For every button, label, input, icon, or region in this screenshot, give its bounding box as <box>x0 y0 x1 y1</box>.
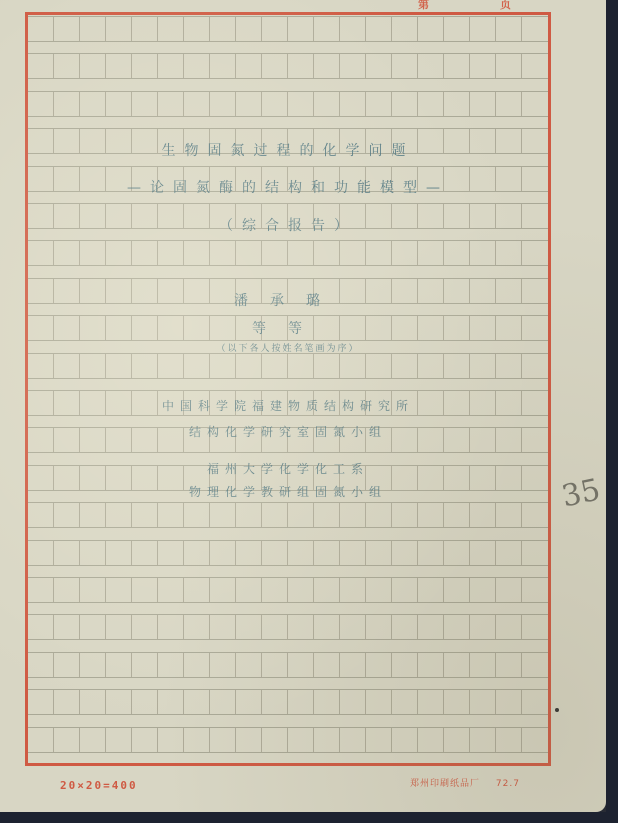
grid-cell <box>262 578 288 602</box>
grid-cell <box>444 354 470 378</box>
grid-cell <box>314 54 340 78</box>
grid-cell <box>132 17 158 41</box>
grid-cell <box>496 17 522 41</box>
grid-cell <box>340 54 366 78</box>
grid-cell <box>158 54 184 78</box>
grid-cell <box>106 615 132 639</box>
grid-cell <box>236 541 262 565</box>
grid-cell <box>340 92 366 116</box>
grid-cell <box>392 92 418 116</box>
grid-cell <box>288 92 314 116</box>
grid-cell <box>132 578 158 602</box>
grid-cell <box>522 17 548 41</box>
grid-cell <box>496 354 522 378</box>
grid-cell <box>54 54 80 78</box>
grid-cell <box>106 690 132 714</box>
grid-cell <box>28 728 54 752</box>
grid-cell <box>210 503 236 527</box>
grid-cell <box>262 241 288 265</box>
grid-cell <box>470 690 496 714</box>
page-label-di: 第 <box>418 0 429 12</box>
grid-row <box>28 240 548 266</box>
grid-cell <box>340 728 366 752</box>
grid-cell <box>236 17 262 41</box>
grid-cell <box>314 653 340 677</box>
grid-cell <box>444 503 470 527</box>
grid-cell <box>470 54 496 78</box>
grid-frame: 生物固氮过程的化学问题 —论固氮酶的结构和功能模型— （综合报告） 潘承璐 等等… <box>25 12 551 766</box>
grid-cell <box>236 503 262 527</box>
grid-cell <box>418 503 444 527</box>
grid-cell <box>340 17 366 41</box>
grid-cell <box>236 354 262 378</box>
grid-cell <box>418 354 444 378</box>
grid-cell <box>262 354 288 378</box>
grid-cell <box>236 54 262 78</box>
grid-cell <box>132 54 158 78</box>
grid-cell <box>366 17 392 41</box>
grid-cell <box>210 690 236 714</box>
grid-cell <box>288 354 314 378</box>
grid-cell <box>106 541 132 565</box>
grid-cell <box>28 690 54 714</box>
grid-cell <box>444 92 470 116</box>
grid-cell <box>80 503 106 527</box>
grid-cell <box>106 92 132 116</box>
grid-cell <box>418 690 444 714</box>
grid-cell <box>210 541 236 565</box>
grid-cell <box>314 541 340 565</box>
grid-cell <box>106 54 132 78</box>
grid-cell <box>28 241 54 265</box>
grid-cell <box>340 653 366 677</box>
grid-cell <box>210 578 236 602</box>
grid-row <box>28 614 548 640</box>
grid-cell <box>392 653 418 677</box>
grid-cell <box>54 653 80 677</box>
grid-cell <box>262 92 288 116</box>
grid-cell <box>236 728 262 752</box>
grid-cell <box>132 354 158 378</box>
pencil-annotation: 35 <box>559 472 604 514</box>
grid-cell <box>210 92 236 116</box>
grid-cell <box>184 17 210 41</box>
grid-cell <box>80 54 106 78</box>
grid-cell <box>444 54 470 78</box>
grid-cell <box>132 728 158 752</box>
grid-row <box>28 53 548 79</box>
grid-row <box>28 727 548 753</box>
grid-cell <box>262 690 288 714</box>
grid-cell <box>418 541 444 565</box>
page-label-ye: 页 <box>500 0 511 12</box>
grid-cell <box>392 541 418 565</box>
grid-cell <box>54 503 80 527</box>
grid-cell <box>184 615 210 639</box>
grid-cell <box>184 653 210 677</box>
grid-cell <box>28 653 54 677</box>
grid-cell <box>132 653 158 677</box>
grid-cell <box>496 728 522 752</box>
grid-cell <box>106 17 132 41</box>
grid-cell <box>314 690 340 714</box>
grid-cell <box>54 241 80 265</box>
grid-cell <box>262 728 288 752</box>
grid-cell <box>392 17 418 41</box>
grid-cell <box>522 54 548 78</box>
grid-cell <box>80 92 106 116</box>
grid-row <box>28 502 548 528</box>
grid-cell <box>314 17 340 41</box>
grid-cell <box>366 241 392 265</box>
grid-cell <box>496 615 522 639</box>
grid-cell <box>158 541 184 565</box>
grid-cell <box>132 690 158 714</box>
grid-cell <box>28 615 54 639</box>
grid-cell <box>444 241 470 265</box>
grid-cell <box>340 615 366 639</box>
grid-cell <box>80 354 106 378</box>
grid-cell <box>106 503 132 527</box>
grid-cell <box>184 54 210 78</box>
grid-cell <box>496 54 522 78</box>
grid-cell <box>340 503 366 527</box>
grid-cell <box>28 503 54 527</box>
grid-cell <box>418 241 444 265</box>
print-date: 72.7 <box>496 779 520 789</box>
grid-cell <box>132 503 158 527</box>
grid-cell <box>236 578 262 602</box>
grid-cell <box>392 354 418 378</box>
grid-cell <box>132 92 158 116</box>
grid-cell <box>28 541 54 565</box>
grid-cell <box>522 653 548 677</box>
grid-cell <box>54 92 80 116</box>
affiliation-line-2b: 物理化学教研组固氮小组 <box>28 483 548 500</box>
grid-cell <box>262 54 288 78</box>
grid-cell <box>496 92 522 116</box>
grid-cell <box>496 541 522 565</box>
grid-cell <box>106 578 132 602</box>
title-line: 生物固氮过程的化学问题 <box>28 140 548 160</box>
grid-cell <box>54 728 80 752</box>
grid-cell <box>80 578 106 602</box>
grid-cell <box>340 241 366 265</box>
grid-cell <box>522 728 548 752</box>
grid-cell <box>444 17 470 41</box>
grid-cell <box>418 728 444 752</box>
grid-cell <box>314 728 340 752</box>
grid-cell <box>470 503 496 527</box>
grid-cell <box>470 17 496 41</box>
grid-cell <box>106 354 132 378</box>
grid-cell <box>418 578 444 602</box>
grid-cell <box>288 17 314 41</box>
printer-name: 郑州印刷纸品厂 <box>410 779 480 789</box>
grid-cell <box>262 615 288 639</box>
grid-cell <box>366 728 392 752</box>
grid-cell <box>288 541 314 565</box>
grid-cell <box>210 241 236 265</box>
grid-cell <box>158 92 184 116</box>
grid-cell <box>28 92 54 116</box>
grid-cell <box>522 578 548 602</box>
grid-cell <box>392 690 418 714</box>
grid-cell <box>28 354 54 378</box>
grid-cell <box>392 578 418 602</box>
grid-cell <box>80 615 106 639</box>
grid-cell <box>366 503 392 527</box>
grid-cell <box>314 503 340 527</box>
grid-cell <box>340 690 366 714</box>
grid-cell <box>158 690 184 714</box>
grid-cell <box>184 690 210 714</box>
subtitle-line: —论固氮酶的结构和功能模型— <box>28 177 548 197</box>
grid-cell <box>106 728 132 752</box>
grid-cell <box>340 578 366 602</box>
grid-cell <box>158 615 184 639</box>
grid-cell <box>288 690 314 714</box>
grid-cell <box>106 653 132 677</box>
grid-cell <box>522 241 548 265</box>
grid-cell <box>28 54 54 78</box>
grid-cell <box>80 690 106 714</box>
grid-cell <box>80 241 106 265</box>
grid-cell <box>184 92 210 116</box>
grid-cell <box>444 728 470 752</box>
grid-cell <box>288 728 314 752</box>
grid-cell <box>80 541 106 565</box>
grid-cell <box>522 615 548 639</box>
grid-cell <box>444 653 470 677</box>
grid-cell <box>54 690 80 714</box>
grid-cell <box>106 241 132 265</box>
grid-cell <box>288 615 314 639</box>
grid-cell <box>522 354 548 378</box>
author-line-2: 等等 <box>28 318 548 338</box>
grid-cell <box>366 92 392 116</box>
grid-cell <box>158 503 184 527</box>
grid-row <box>28 652 548 678</box>
grid-cell <box>444 615 470 639</box>
grid-cell <box>314 615 340 639</box>
grid-cell <box>366 690 392 714</box>
grid-cell <box>236 690 262 714</box>
grid-cell <box>54 354 80 378</box>
grid-cell <box>392 241 418 265</box>
grid-row <box>28 16 548 42</box>
grid-cell <box>236 92 262 116</box>
grid-cell <box>236 653 262 677</box>
grid-cell <box>340 541 366 565</box>
grid-cell <box>366 54 392 78</box>
author-line: 潘承璐 <box>28 290 548 310</box>
grid-spec-label: 20×20=400 <box>60 779 138 792</box>
grid-cell <box>392 54 418 78</box>
grid-cell <box>418 653 444 677</box>
grid-cell <box>444 578 470 602</box>
author-note-line: （以下各人按姓名笔画为序） <box>28 341 548 354</box>
grid-cell <box>522 690 548 714</box>
grid-cell <box>184 728 210 752</box>
grid-cell <box>470 653 496 677</box>
grid-cell <box>496 653 522 677</box>
grid-cell <box>262 653 288 677</box>
grid-cell <box>288 503 314 527</box>
grid-cell <box>54 17 80 41</box>
grid-cell <box>366 541 392 565</box>
grid-cell <box>210 653 236 677</box>
grid-cell <box>28 17 54 41</box>
grid-cell <box>54 615 80 639</box>
grid-cell <box>158 17 184 41</box>
grid-cell <box>184 578 210 602</box>
note-line: （综合报告） <box>28 215 548 235</box>
grid-cell <box>340 354 366 378</box>
grid-cell <box>470 578 496 602</box>
grid-cell <box>314 354 340 378</box>
grid-cell <box>418 92 444 116</box>
grid-cell <box>80 728 106 752</box>
grid-cell <box>158 728 184 752</box>
grid-cell <box>210 354 236 378</box>
grid-cell <box>184 354 210 378</box>
grid-cell <box>28 578 54 602</box>
manuscript-page: 第 页 生物固氮过程的化学问题 —论固氮酶的结构和功能模型— （综合报告） 潘承… <box>0 0 606 812</box>
affiliation-line-2a: 福州大学化学化工系 <box>28 460 548 477</box>
grid-cell <box>288 653 314 677</box>
grid-cell <box>366 653 392 677</box>
grid-cell <box>496 241 522 265</box>
grid-cell <box>392 503 418 527</box>
grid-cell <box>418 17 444 41</box>
grid-cell <box>288 54 314 78</box>
grid-cell <box>210 728 236 752</box>
grid-cell <box>418 54 444 78</box>
grid-row <box>28 540 548 566</box>
grid-cell <box>366 615 392 639</box>
grid-cell <box>392 615 418 639</box>
grid-cell <box>184 503 210 527</box>
grid-cell <box>366 354 392 378</box>
grid-cell <box>210 54 236 78</box>
grid-cell <box>496 690 522 714</box>
grid-cell <box>314 241 340 265</box>
grid-cell <box>522 541 548 565</box>
grid-cell <box>54 541 80 565</box>
grid-cell <box>132 241 158 265</box>
grid-row <box>28 353 548 379</box>
grid-cell <box>184 241 210 265</box>
grid-cell <box>158 653 184 677</box>
grid-cell <box>444 541 470 565</box>
grid-cell <box>132 541 158 565</box>
writing-grid <box>28 15 548 763</box>
printer-label: 郑州印刷纸品厂 72.7 <box>410 776 520 789</box>
grid-row <box>28 577 548 603</box>
grid-cell <box>210 17 236 41</box>
grid-cell <box>444 690 470 714</box>
grid-cell <box>262 541 288 565</box>
grid-cell <box>366 578 392 602</box>
affiliation-line-1a: 中国科学院福建物质结构研究所 <box>28 397 548 414</box>
grid-cell <box>262 503 288 527</box>
affiliation-line-1b: 结构化学研究室固氮小组 <box>28 423 548 440</box>
grid-cell <box>470 541 496 565</box>
grid-cell <box>470 241 496 265</box>
grid-cell <box>470 92 496 116</box>
grid-cell <box>80 17 106 41</box>
grid-cell <box>496 503 522 527</box>
grid-cell <box>288 578 314 602</box>
grid-cell <box>210 615 236 639</box>
grid-cell <box>184 541 210 565</box>
grid-cell <box>80 653 106 677</box>
grid-row <box>28 689 548 715</box>
grid-cell <box>470 728 496 752</box>
grid-row <box>28 91 548 117</box>
grid-cell <box>314 92 340 116</box>
grid-cell <box>392 728 418 752</box>
grid-cell <box>262 17 288 41</box>
grid-cell <box>418 615 444 639</box>
grid-cell <box>158 354 184 378</box>
grid-cell <box>236 241 262 265</box>
grid-cell <box>470 354 496 378</box>
grid-cell <box>236 615 262 639</box>
grid-cell <box>314 578 340 602</box>
ink-spot <box>555 708 559 712</box>
grid-cell <box>132 615 158 639</box>
grid-cell <box>496 578 522 602</box>
grid-cell <box>158 241 184 265</box>
grid-cell <box>522 503 548 527</box>
grid-cell <box>288 241 314 265</box>
grid-cell <box>470 615 496 639</box>
grid-cell <box>522 92 548 116</box>
grid-cell <box>158 578 184 602</box>
grid-cell <box>54 578 80 602</box>
